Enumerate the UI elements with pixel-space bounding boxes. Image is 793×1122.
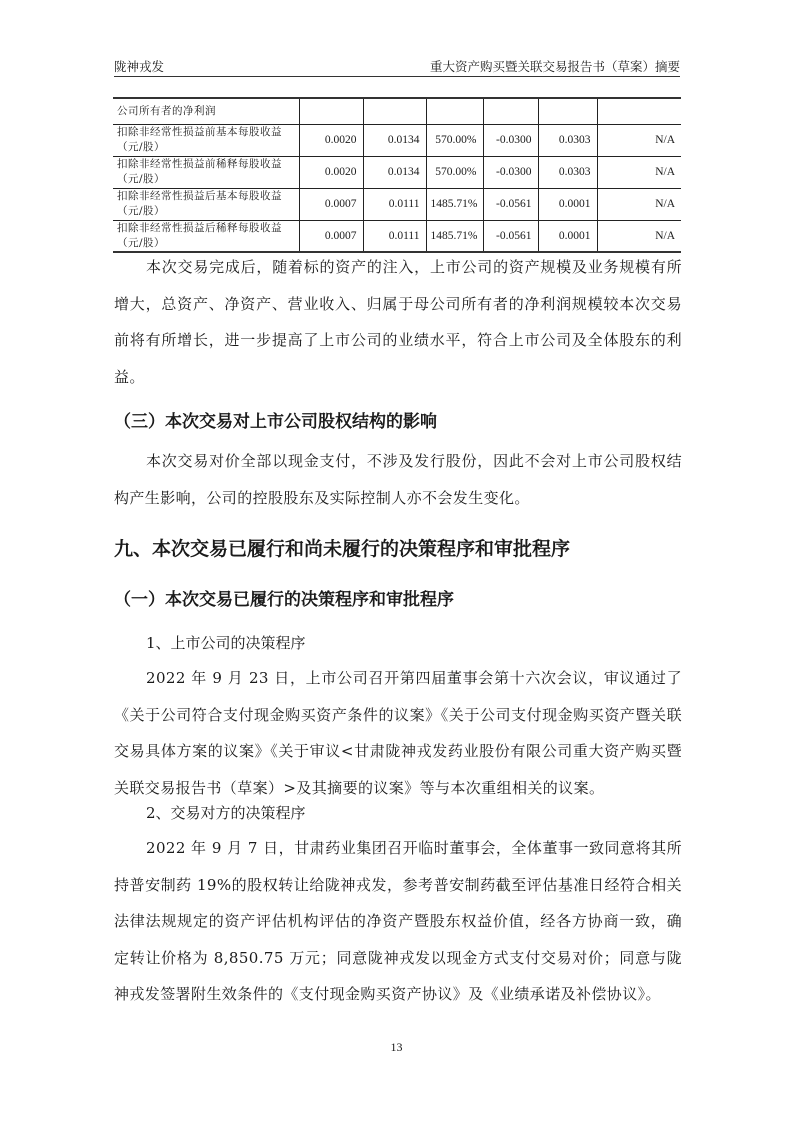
subheading-counterparty: 2、交易对方的决策程序	[146, 802, 306, 823]
table-row: 扣除非经常性损益后基本每股收益（元/股） 0.0007 0.0111 1485.…	[113, 188, 681, 220]
table-cell: 1485.71%	[426, 220, 483, 252]
table-cell: 0.0020	[299, 156, 363, 188]
table-cell: 0.0020	[299, 124, 363, 156]
row-label: 扣除非经常性损益后基本每股收益（元/股）	[113, 188, 299, 220]
row-label: 扣除非经常性损益前稀释每股收益（元/股）	[113, 156, 299, 188]
heading-section-9: 九、本次交易已履行和尚未履行的决策程序和审批程序	[114, 534, 570, 561]
table-cell: 0.0303	[538, 156, 597, 188]
table-row: 公司所有者的净利润	[113, 98, 681, 124]
table-cell: N/A	[597, 124, 681, 156]
heading-equity-structure: （三）本次交易对上市公司股权结构的影响	[114, 407, 437, 432]
subheading-listed-company: 1、上市公司的决策程序	[146, 632, 306, 653]
financial-table: 公司所有者的净利润 扣除非经常性损益前基本每股收益（元/股） 0.0020 0.…	[113, 97, 681, 253]
table-cell	[363, 98, 426, 124]
table-cell: -0.0300	[483, 156, 538, 188]
table-cell: N/A	[597, 220, 681, 252]
table-cell: 570.00%	[426, 156, 483, 188]
paragraph-board-meeting: 2022 年 9 月 23 日，上市公司召开第四届董事会第十六次会议，审议通过了…	[114, 660, 682, 806]
table-cell: 0.0001	[538, 188, 597, 220]
table-cell: -0.0300	[483, 124, 538, 156]
paragraph-counterparty-decision: 2022 年 9 月 7 日，甘肃药业集团召开临时董事会，全体董事一致同意将其所…	[114, 830, 682, 1013]
row-label: 扣除非经常性损益前基本每股收益（元/股）	[113, 124, 299, 156]
row-label: 公司所有者的净利润	[113, 98, 299, 124]
table-cell: 0.0001	[538, 220, 597, 252]
table-cell: -0.0561	[483, 188, 538, 220]
row-label: 扣除非经常性损益后稀释每股收益（元/股）	[113, 220, 299, 252]
table-cell: -0.0561	[483, 220, 538, 252]
table-cell: 0.0134	[363, 156, 426, 188]
table-cell: 0.0303	[538, 124, 597, 156]
header-company: 陇神戎发	[114, 57, 164, 75]
table-cell: 0.0111	[363, 188, 426, 220]
table-row: 扣除非经常性损益前基本每股收益（元/股） 0.0020 0.0134 570.0…	[113, 124, 681, 156]
header-doc-title: 重大资产购买暨关联交易报告书（草案）摘要	[430, 57, 680, 75]
table-cell: N/A	[597, 188, 681, 220]
table-cell: 0.0134	[363, 124, 426, 156]
table-cell: 0.0007	[299, 220, 363, 252]
page-number: 13	[0, 1040, 793, 1055]
table-cell: 570.00%	[426, 124, 483, 156]
table-cell	[299, 98, 363, 124]
heading-completed-procedures: （一）本次交易已履行的决策程序和审批程序	[114, 585, 454, 610]
paragraph-impact-summary: 本次交易完成后，随着标的资产的注入，上市公司的资产规模及业务规模有所增大，总资产…	[114, 249, 682, 395]
table-cell	[426, 98, 483, 124]
table-cell: N/A	[597, 156, 681, 188]
table-row: 扣除非经常性损益后稀释每股收益（元/股） 0.0007 0.0111 1485.…	[113, 220, 681, 252]
table-cell	[483, 98, 538, 124]
table-cell: 1485.71%	[426, 188, 483, 220]
table-row: 扣除非经常性损益前稀释每股收益（元/股） 0.0020 0.0134 570.0…	[113, 156, 681, 188]
table-cell: 0.0111	[363, 220, 426, 252]
table-cell	[538, 98, 597, 124]
table-cell: 0.0007	[299, 188, 363, 220]
table-cell	[597, 98, 681, 124]
page-header: 陇神戎发 重大资产购买暨关联交易报告书（草案）摘要	[114, 56, 680, 77]
paragraph-equity-structure: 本次交易对价全部以现金支付，不涉及发行股份，因此不会对上市公司股权结构产生影响，…	[114, 443, 682, 516]
